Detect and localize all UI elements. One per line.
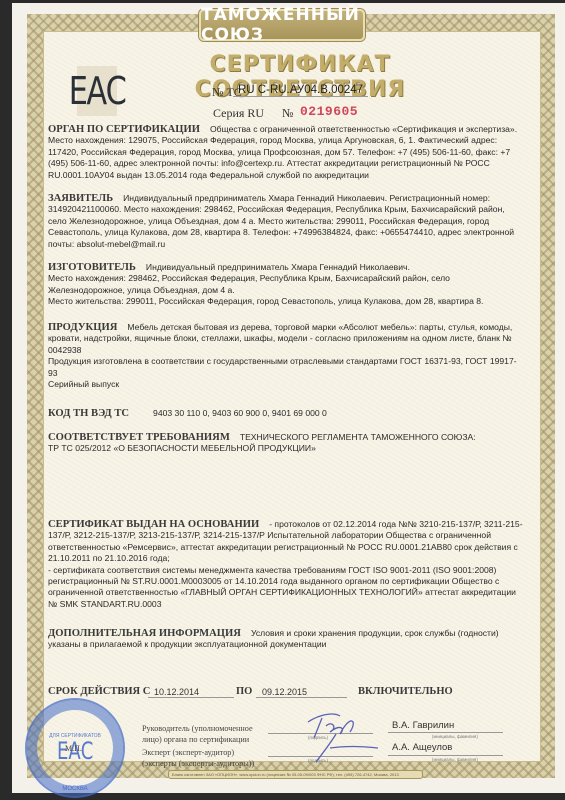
- manufacturer-section: ИЗГОТОВИТЕЛЬИндивидуальный предпринимате…: [48, 262, 524, 308]
- section-heading: ЗАЯВИТЕЛЬ: [48, 193, 113, 204]
- section-heading: СООТВЕТСТВУЕТ ТРЕБОВАНИЯМ: [48, 432, 230, 443]
- applicant-section: ЗАЯВИТЕЛЬИндивидуальный предприниматель …: [48, 193, 524, 250]
- expert-label: Эксперт (эксперт-аудитор) (эксперты (экс…: [142, 747, 254, 769]
- section-heading: ОРГАН ПО СЕРТИФИКАЦИИ: [48, 124, 200, 135]
- head-label-line1: Руководитель (уполномоченное: [142, 723, 253, 734]
- expert-name: А.А. Ащеулов: [392, 742, 452, 753]
- name-caption: (инициалы, фамилия): [432, 734, 478, 739]
- product-standards: Продукция изготовлена в соответствии с г…: [48, 356, 524, 379]
- section-heading: ИЗГОТОВИТЕЛЬ: [48, 262, 136, 273]
- handwritten-signature-icon: [300, 708, 380, 764]
- validity-period: СРОК ДЕЙСТВИЯ С 10.12.2014 ПО 09.12.2015…: [48, 686, 518, 702]
- certification-body-section: ОРГАН ПО СЕРТИФИКАЦИИОбщества с ограниче…: [48, 124, 524, 181]
- head-name: В.А. Гаврилин: [392, 720, 454, 731]
- section-text: 9403 30 110 0, 9403 60 900 0, 9401 69 00…: [153, 408, 327, 418]
- tc-number: RU C-RU.АУ04.В.00247: [233, 84, 368, 97]
- validity-to-label: ПО: [236, 686, 252, 697]
- validity-to: 09.12.2015: [256, 687, 347, 698]
- name-caption: (инициалы, фамилия): [432, 757, 478, 762]
- head-name-line: [388, 732, 503, 733]
- conformity-section: СООТВЕТСТВУЕТ ТРЕБОВАНИЯМТЕХНИЧЕСКОГО РЕ…: [48, 432, 524, 455]
- expert-name-line: [388, 755, 503, 756]
- blank-number-label: №: [282, 106, 293, 121]
- official-stamp: ДЛЯ СЕРТИФИКАТОВ ЕАС М.П. МОСКВА: [25, 698, 125, 798]
- head-label: Руководитель (уполномоченное лицо) орган…: [142, 723, 253, 745]
- section-text: Мебель детская бытовая из дерева, торгов…: [48, 322, 512, 355]
- regulation: ТР ТС 025/2012 «О БЕЗОПАСНОСТИ МЕБЕЛЬНОЙ…: [48, 443, 524, 454]
- eac-logo-icon: ЕАС: [77, 66, 117, 116]
- printer-imprint: Бланк изготовлен ЗАО «ОПЦИОН», www.opcio…: [168, 770, 423, 779]
- series-label: Серия RU: [213, 106, 264, 121]
- manufacturer-location: Место нахождения: 298462, Российская Фед…: [48, 273, 524, 296]
- blank-number: 0219605: [300, 104, 358, 119]
- section-text: Индивидуальный предприниматель Хмара Ген…: [48, 193, 514, 249]
- section-heading: ДОПОЛНИТЕЛЬНАЯ ИНФОРМАЦИЯ: [48, 628, 241, 639]
- basis-section: СЕРТИФИКАТ ВЫДАН НА ОСНОВАНИИ- протоколо…: [48, 519, 524, 610]
- production-type: Серийный выпуск: [48, 379, 524, 390]
- section-text: ТЕХНИЧЕСКОГО РЕГЛАМЕНТА ТАМОЖЕННОГО СОЮЗ…: [240, 432, 476, 442]
- basis-qms-certificate: - сертификата соответствия системы менед…: [48, 565, 524, 611]
- stamp-mp: М.П.: [65, 744, 82, 753]
- section-heading: КОД ТН ВЭД ТС: [48, 408, 129, 419]
- stamp-city: МОСКВА: [62, 786, 87, 792]
- hs-code-section: КОД ТН ВЭД ТС9403 30 110 0, 9403 60 900 …: [48, 408, 524, 419]
- section-heading: СЕРТИФИКАТ ВЫДАН НА ОСНОВАНИИ: [48, 519, 259, 530]
- expert-label-line2: (эксперты (эксперты-аудиторы)): [142, 758, 254, 769]
- section-heading: ПРОДУКЦИЯ: [48, 322, 117, 333]
- customs-union-banner: ТАМОЖЕННЫЙ СОЮЗ: [199, 9, 365, 41]
- validity-from-label: СРОК ДЕЙСТВИЯ С: [48, 686, 150, 697]
- section-text: Индивидуальный предприниматель Хмара Ген…: [146, 262, 410, 272]
- validity-inclusive: ВКЛЮЧИТЕЛЬНО: [358, 686, 453, 697]
- manufacturer-residence: Место жительства: 299011, Российская Фед…: [48, 296, 524, 307]
- expert-label-line1: Эксперт (эксперт-аудитор): [142, 747, 254, 758]
- product-section: ПРОДУКЦИЯМебель детская бытовая из дерев…: [48, 322, 524, 390]
- additional-info-section: ДОПОЛНИТЕЛЬНАЯ ИНФОРМАЦИЯУсловия и сроки…: [48, 628, 524, 651]
- head-label-line2: лицо) органа по сертификации: [142, 734, 253, 745]
- validity-from: 10.12.2014: [148, 687, 234, 698]
